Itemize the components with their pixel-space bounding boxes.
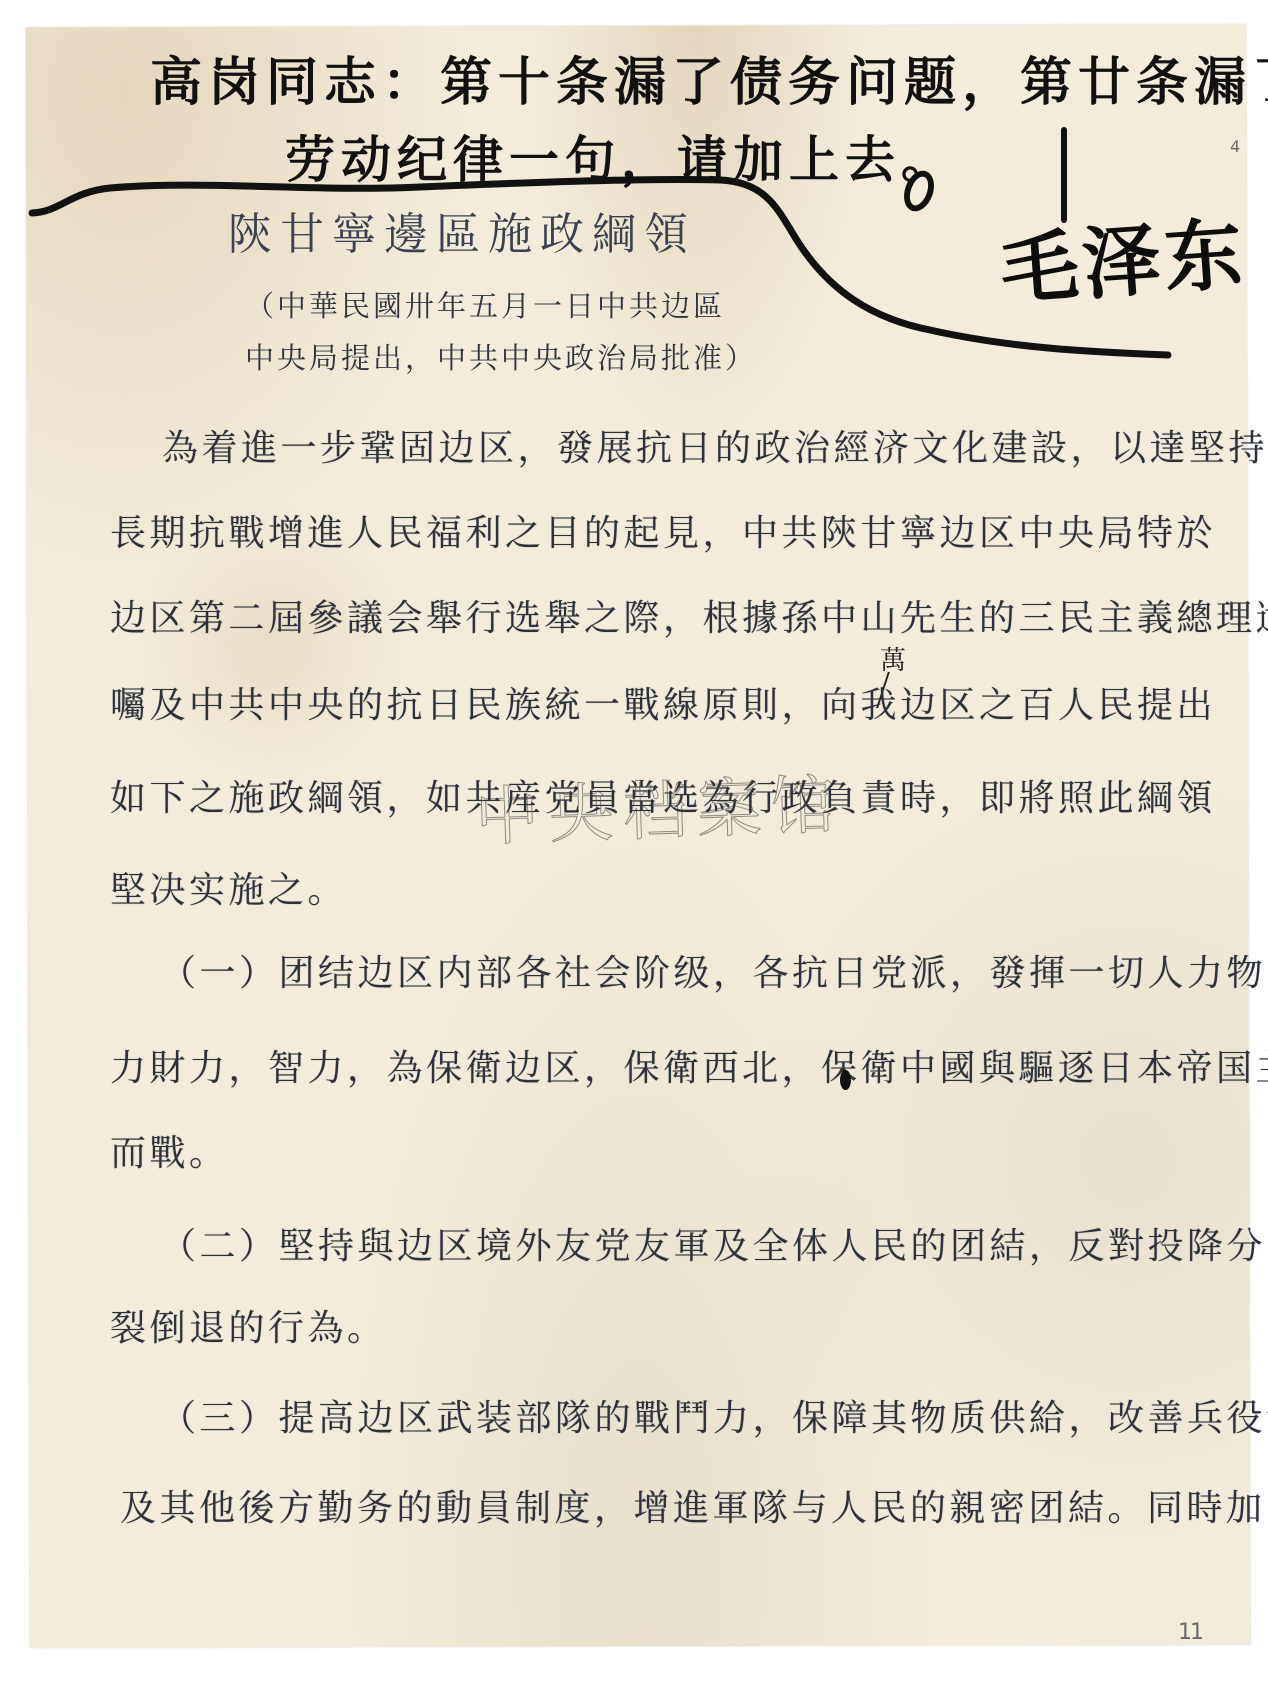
document-title: 陝甘寧邊區施政綱領 (228, 198, 696, 262)
clause-3: （三）提高边区武装部隊的戰鬥力，保障其物质供給，改善兵役制度 (160, 1390, 1268, 1441)
signature: 毛泽东 (996, 192, 1249, 321)
body-line: 力財力，智力，為保衛边区，保衛西北，保衛中國與驅逐日本帝国主義 (110, 1040, 1268, 1091)
body-line: 囑及中共中央的抗日民族統一戰線原則，向我边区之百人民提出 (110, 677, 1216, 728)
annotation-line-1: 高岗同志：第十条漏了债务问题，第廿条漏了 (150, 40, 1268, 115)
body-line: 裂倒退的行為。 (110, 1300, 387, 1351)
body-line: 堅决实施之。 (110, 862, 347, 913)
subtitle-line-2: 中央局提出，中共中央政治局批准） (245, 336, 757, 377)
body-line: 及其他後方勤务的動員制度，增進軍隊与人民的親密团結。同時加 (120, 1480, 1266, 1531)
ink-blot (840, 1070, 851, 1090)
body-line: 而戰。 (110, 1125, 229, 1176)
body-line: 如下之施政綱領，如共産党員當选為行政負責時，即將照此綱領 (110, 770, 1216, 821)
body-line: 边区第二屆參議会舉行选舉之際，根據孫中山先生的三民主義總理遺 (110, 590, 1268, 641)
annotation-line-2: 劳动纪律一句，请加上去。 (285, 120, 957, 192)
body-line: 為着進一步鞏固边区，發展抗日的政治經济文化建設，以達堅持 (162, 420, 1268, 471)
subtitle-line-1: （中華民國卅年五月一日中共边區 (245, 284, 725, 325)
page-number: 11 (1178, 1620, 1202, 1645)
clause-2: （二）堅持與边区境外友党友軍及全体人民的团結，反對投降分 (160, 1218, 1266, 1269)
clause-1: （一）团结边区内部各社会阶级，各抗日党派，發揮一切人力物 (160, 945, 1266, 996)
corner-number: 4 (1230, 137, 1240, 156)
body-line: 長期抗戰增進人民福利之目的起見，中共陝甘寧边区中央局特於 (110, 505, 1216, 556)
